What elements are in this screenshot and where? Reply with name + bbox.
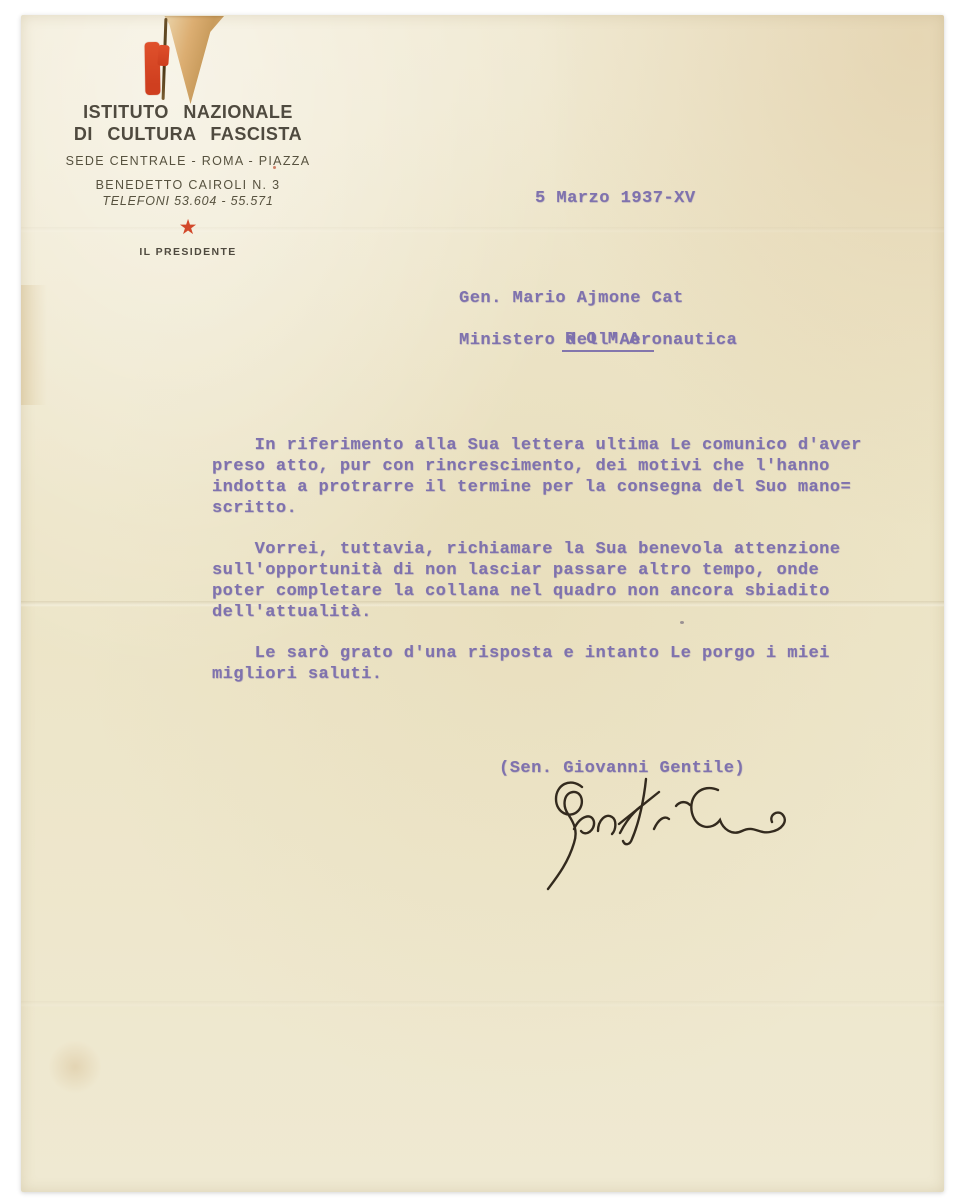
paper-sheet: ISTITUTO NAZIONALE DI CULTURA FASCISTA S…	[21, 15, 944, 1192]
recipient-city: R O M A	[562, 330, 654, 352]
fold-crease-bottom	[21, 1001, 944, 1007]
edge-stain	[21, 285, 47, 405]
institute-name-line1: ISTITUTO NAZIONALE	[59, 101, 317, 123]
recipient-name: Gen. Mario Ajmone Cat	[459, 289, 684, 308]
letterhead: ISTITUTO NAZIONALE DI CULTURA FASCISTA S…	[59, 101, 317, 258]
letter-body: In riferimento alla Sua lettera ultima L…	[212, 435, 892, 705]
fascio-emblem-axe	[157, 45, 169, 67]
date-line: 5 Marzo 1937-XV	[535, 189, 696, 208]
paper-tear	[162, 16, 224, 104]
address-line1: SEDE CENTRALE - ROMA - PIAZZA	[59, 153, 317, 169]
presidente-title: IL PRESIDENTE	[59, 246, 317, 258]
paragraph-1: In riferimento alla Sua lettera ultima L…	[212, 435, 892, 519]
paragraph-3: Le sarò grato d'una risposta e intanto L…	[212, 643, 892, 685]
paragraph-2: Vorrei, tuttavia, richiamare la Sua bene…	[212, 539, 892, 623]
address-line2: BENEDETTO CAIROLI N. 3	[59, 177, 317, 193]
telephone-line: TELEFONI 53.604 - 55.571	[59, 193, 317, 209]
institute-name-line2: DI CULTURA FASCISTA	[59, 123, 317, 145]
handwritten-signature	[526, 771, 816, 906]
red-star-icon: ★	[59, 216, 317, 240]
foxing-stain	[49, 1039, 101, 1095]
scanned-letter: ISTITUTO NAZIONALE DI CULTURA FASCISTA S…	[0, 0, 964, 1200]
